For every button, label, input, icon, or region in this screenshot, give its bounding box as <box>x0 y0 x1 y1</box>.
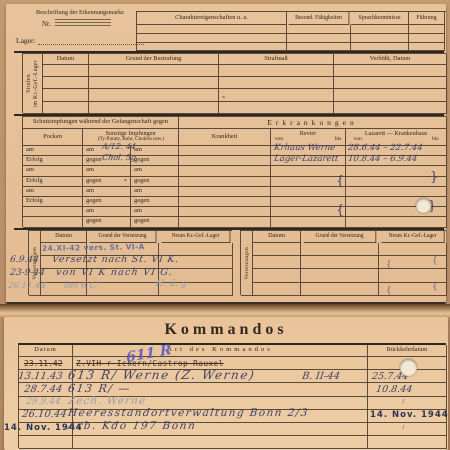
hole-punch <box>416 198 431 213</box>
versetzungen-col-neu: Neues Kr.-Gef.-Lager <box>162 231 231 243</box>
paper-speck <box>222 96 225 98</box>
hole-punch <box>400 359 417 376</box>
kommandos-card: Kommandos Datum Art des Kommandos Rückke… <box>4 317 448 450</box>
col-pocken: Pocken <box>23 129 83 146</box>
record-card-upper: Beschriftung der Erkennungsmarke Nr. Lag… <box>6 4 446 304</box>
handwriting-lazarett-dates-2: 10.8.44 – 6.9.44 <box>347 155 417 164</box>
handwriting-impf-date: A/12. 44 <box>101 143 136 151</box>
versetzungen-col-datum: Datum <box>41 231 87 243</box>
handwriting-transfer-date-4: 26.11.44 <box>7 282 46 291</box>
erkrankungen-title: Erkrankungen <box>179 117 447 129</box>
nr-label: Nr. <box>42 20 51 28</box>
kommando-text-6: Arb. Kdo 197 Bonn <box>67 421 197 432</box>
versetzungen-col-neu: Neues Kr.-Gef.-Lager <box>381 231 444 243</box>
kommando-return-3: 10.8.44 <box>375 385 413 395</box>
id-tag-title: Beschriftung der Erkennungsmarke <box>16 9 144 16</box>
lager-label: Lager: <box>16 36 36 45</box>
kommando-date-1: 23.11.42 <box>24 359 63 368</box>
handwriting-transfer-text-3: von VI K nach VI G. <box>55 268 173 278</box>
lager-dotted-line <box>38 44 144 45</box>
versetzungen-col-grund: Grund der Versetzung <box>90 231 157 243</box>
traits-col-fuehrung: Führung <box>409 12 445 25</box>
ink-brace-mark: { <box>386 286 392 296</box>
col-krankheit: Krankheit <box>179 129 271 146</box>
kommando-date-4: 29.9.44 <box>25 398 61 407</box>
strafen-col-datum: Datum <box>43 54 89 65</box>
handwriting-lazarett-dates-1: 28.6.44 – 22.7.44 <box>347 144 423 153</box>
nr-scribble <box>55 19 111 28</box>
handwriting-impf-agent: Chol. 5g <box>101 154 136 162</box>
traits-table: Charaktereigenschaften u. a. Besond. Fäh… <box>136 11 446 51</box>
paper-speck <box>124 179 127 181</box>
ink-brace-mark: { <box>432 256 438 266</box>
kommandos-title: Kommandos <box>4 321 448 339</box>
versetzungen-side-label: Versetzungen <box>241 231 253 296</box>
impfungen-erkrankungen-table: Schutzimpfungen während der Gefangenscha… <box>22 116 446 227</box>
strafen-table: Strafen im Kr.-Gef.-Lager Datum Grund de… <box>22 53 446 113</box>
strafen-col-strafmass: Strafmaß <box>219 54 334 65</box>
versetzungen-col-datum: Datum <box>253 231 301 243</box>
strafen-col-grund: Grund der Bestrafung <box>89 54 219 65</box>
strafen-col-verbuesst: Verbüßt, Datum <box>334 54 447 65</box>
handwriting-revier-entry-1: Krhaus Werne <box>273 144 335 153</box>
kommandos-col-art: Art des Kommandos <box>73 345 368 357</box>
transfer-stamp-purple: 24.XI-42 vers. St. VI-A <box>42 242 145 253</box>
ink-brace-mark: { <box>386 260 392 270</box>
traits-col-sprachen: Sprachkenntnisse <box>351 12 409 25</box>
ink-brace-mark: { <box>432 282 438 292</box>
return-date-stamp: 14. Nov. 1944 <box>370 410 449 420</box>
kommando-mid-2: B. II-44 <box>301 372 340 382</box>
ink-brace-mark: { <box>336 203 344 218</box>
kommando-date-2: 13.11.43 <box>17 372 63 382</box>
kommando-text-5: Heeresstandortverwaltung Bonn 2/3 <box>67 408 309 419</box>
id-tag-number-row: Nr. <box>42 19 144 28</box>
traits-col-faehigkeiten: Besond. Fähigkeiten <box>289 12 350 25</box>
handwriting-transfer-extra-4: H. ü. g <box>155 280 187 289</box>
kommando-date-5: 26.10.44 <box>21 410 67 420</box>
document-scan: Beschriftung der Erkennungsmarke Nr. Lag… <box>0 0 450 450</box>
impfungen-title: Schutzimpfungen während der Gefangenscha… <box>23 117 179 129</box>
handwriting-transfer-date-3: 23-9-44 <box>9 269 45 278</box>
versetzungen-table-right: Versetzungen Datum Grund der Versetzung … <box>240 230 446 295</box>
kommando-text-3: 613 R/ — <box>67 383 132 394</box>
lager-row: Lager: <box>16 36 144 45</box>
handwriting-revier-entry-2: Lager-Lazarett <box>273 155 339 164</box>
kommando-text-2: 613 R/ Werne (Z. Werne) <box>67 369 256 381</box>
strafen-side-label: Strafen im Kr.-Gef.-Lager <box>23 54 43 114</box>
handwriting-transfer-date-2: 6.9.44 <box>9 256 39 265</box>
traits-col-charakter: Charaktereigenschaften u. a. <box>137 12 287 25</box>
kommandos-col-rueckkehr: Rückkehrdatum <box>368 345 447 357</box>
ink-tick-mark: ı <box>401 423 405 431</box>
handwriting-transfer-text-2: Versetzt nach St. VI K. <box>51 255 179 265</box>
ink-tick-mark: ı <box>401 397 405 405</box>
kommando-text-4: Zech. Werne <box>67 396 146 407</box>
versetzungen-col-grund: Grund der Versetzung <box>304 231 377 243</box>
handwriting-transfer-text-4: bei 6 C <box>63 282 97 291</box>
ink-brace-mark: } <box>430 170 438 185</box>
kommando-date-3: 28.7.44 <box>23 385 63 395</box>
kommandos-col-datum: Datum <box>19 345 73 357</box>
id-tag-block: Beschriftung der Erkennungsmarke Nr. Lag… <box>16 9 144 51</box>
ink-brace-mark: { <box>336 174 344 189</box>
card-edge-shadow <box>0 304 450 317</box>
